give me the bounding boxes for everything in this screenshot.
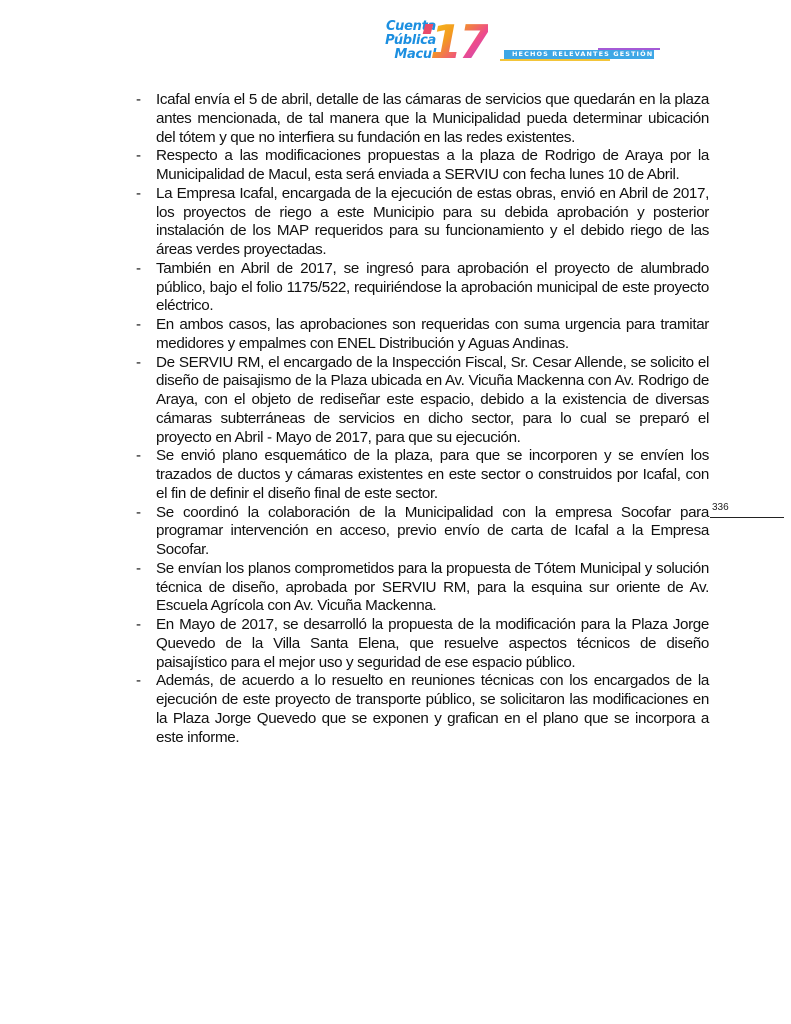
- banner-label: HECHOS RELEVANTES GESTIÓN 2017: [512, 50, 679, 59]
- bullet-list: -Icafal envía el 5 de abril, detalle de …: [136, 91, 709, 747]
- page-number: 336: [712, 502, 729, 513]
- dash-bullet: -: [136, 147, 141, 166]
- list-item-text: En Mayo de 2017, se desarrolló la propue…: [156, 616, 709, 671]
- list-item-text: La Empresa Icafal, encargada de la ejecu…: [156, 185, 709, 258]
- logo-year: 17: [430, 16, 488, 68]
- header-banner: HECHOS RELEVANTES GESTIÓN 2017: [500, 48, 660, 60]
- list-item: -En ambos casos, las aprobaciones son re…: [136, 316, 709, 354]
- page-header: Cuenta Pública Macul 17 HECHOS RELEVANTE…: [360, 18, 660, 72]
- list-item-text: Se envían los planos comprometidos para …: [156, 560, 709, 615]
- dash-bullet: -: [136, 447, 141, 466]
- page-number-rule: [710, 517, 784, 518]
- list-item-text: Se coordinó la colaboración de la Munici…: [156, 504, 709, 559]
- list-item: -Respecto a las modificaciones propuesta…: [136, 147, 709, 185]
- list-item-text: Respecto a las modificaciones propuestas…: [156, 147, 709, 183]
- dash-bullet: -: [136, 560, 141, 579]
- dash-bullet: -: [136, 316, 141, 335]
- logo-line: Pública: [366, 34, 436, 48]
- list-item: -Se coordinó la colaboración de la Munic…: [136, 504, 709, 560]
- list-item: -La Empresa Icafal, encargada de la ejec…: [136, 185, 709, 260]
- list-item-text: También en Abril de 2017, se ingresó par…: [156, 260, 709, 315]
- dash-bullet: -: [136, 260, 141, 279]
- dash-bullet: -: [136, 616, 141, 635]
- list-item-text: Icafal envía el 5 de abril, detalle de l…: [156, 91, 709, 146]
- dash-bullet: -: [136, 91, 141, 110]
- dash-bullet: -: [136, 354, 141, 373]
- list-item: -También en Abril de 2017, se ingresó pa…: [136, 260, 709, 316]
- banner-accent-yellow: [500, 59, 610, 61]
- list-item: -Se envían los planos comprometidos para…: [136, 560, 709, 616]
- logo-line: Macul: [366, 48, 436, 62]
- list-item: -En Mayo de 2017, se desarrolló la propu…: [136, 616, 709, 672]
- dash-bullet: -: [136, 672, 141, 691]
- list-item-text: De SERVIU RM, el encargado de la Inspecc…: [156, 354, 709, 446]
- list-item-text: Además, de acuerdo a lo resuelto en reun…: [156, 672, 709, 745]
- dash-bullet: -: [136, 504, 141, 523]
- list-item-text: En ambos casos, las aprobaciones son req…: [156, 316, 709, 352]
- list-item: -De SERVIU RM, el encargado de la Inspec…: [136, 354, 709, 448]
- list-item: -Icafal envía el 5 de abril, detalle de …: [136, 91, 709, 147]
- list-item-text: Se envió plano esquemático de la plaza, …: [156, 447, 709, 502]
- list-item: -Además, de acuerdo a lo resuelto en reu…: [136, 672, 709, 747]
- list-item: -Se envió plano esquemático de la plaza,…: [136, 447, 709, 503]
- dash-bullet: -: [136, 185, 141, 204]
